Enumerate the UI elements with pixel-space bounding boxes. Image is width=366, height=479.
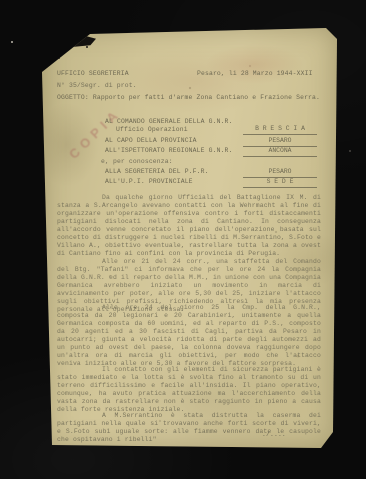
- dust-speck: [349, 150, 351, 152]
- dust-speck: [11, 41, 13, 43]
- recipient-line: AL COMANDO GENERALE DELLA G.N.R.: [105, 118, 233, 126]
- recipient-city: ANCONA: [243, 147, 317, 157]
- recipient-line: ALLA SEGRETERIA DEL P.F.R.: [105, 168, 209, 176]
- subject-line: OGGETTO: Rapporto per fatti d'arme Zona …: [57, 94, 320, 102]
- ink-dot: [51, 50, 54, 53]
- recipient-city: S E D E: [243, 178, 317, 188]
- body-paragraph-1: Da qualche giorno Ufficiali del Battagli…: [57, 194, 321, 258]
- recipient-note: e, per conoscenza:: [101, 158, 173, 166]
- recipient-city: PESARO: [243, 137, 317, 147]
- body-paragraph-5: A M.Serrantino è stata distrutta la case…: [57, 412, 321, 444]
- protocol-number: N° 35/Segr. di prot.: [57, 82, 137, 90]
- staple-mark: [56, 33, 96, 48]
- document-paper: COPIA UFFICIO SEGRETERIA Pesaro, li 28 M…: [40, 26, 338, 450]
- recipient-city: B R E S C I A: [243, 125, 317, 135]
- body-paragraph-3: Alle ore 24 del giorno 25 la Cmp. della …: [57, 304, 321, 368]
- recipient-line: ALL'U.P.I. PROVINCIALE: [105, 178, 193, 186]
- ink-dot: [58, 57, 60, 59]
- header-place-date: Pesaro, li 28 Marzo 1944-XXII: [197, 70, 313, 78]
- continuation-mark: ./....: [262, 431, 286, 439]
- photo-background: COPIA UFFICIO SEGRETERIA Pesaro, li 28 M…: [0, 0, 366, 479]
- recipient-line: ALL'ISPETTORATO REGIONALE G.N.R.: [105, 147, 233, 155]
- ink-dot: [86, 46, 88, 48]
- recipient-subline: Ufficio Operazioni: [116, 126, 188, 134]
- body-paragraph-4: Il contatto con gli elementi di sicurezz…: [57, 366, 321, 414]
- header-office: UFFICIO SEGRETERIA: [57, 70, 129, 78]
- recipient-line: AL CAPO DELLA PROVINCIA: [105, 137, 197, 145]
- recipient-city: PESARO: [243, 168, 317, 178]
